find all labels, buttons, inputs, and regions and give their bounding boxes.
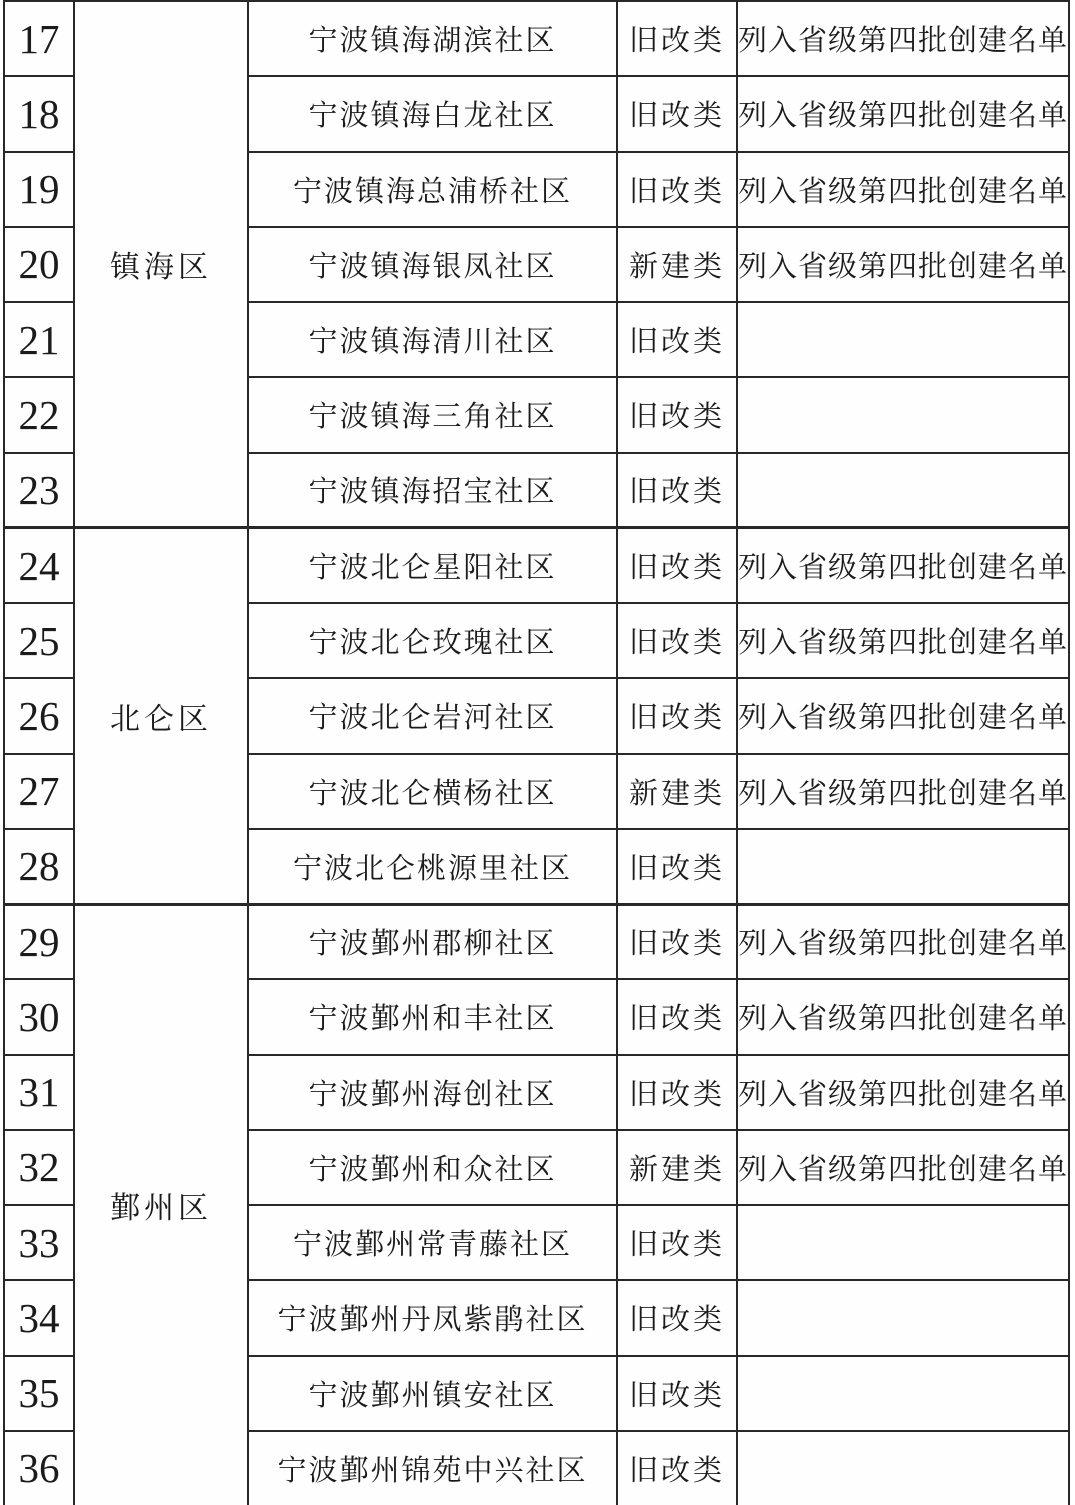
community-name: 宁波镇海湖滨社区 (248, 1, 617, 76)
remark-text: 列入省级第四批创建名单 (737, 1055, 1069, 1130)
community-name: 宁波北仑桃源里社区 (248, 829, 617, 904)
row-number: 28 (4, 829, 74, 904)
row-number: 23 (4, 453, 74, 528)
remark-text (737, 377, 1069, 452)
category-label: 旧改类 (617, 1, 737, 76)
category-label: 旧改类 (617, 603, 737, 678)
row-number: 34 (4, 1280, 74, 1355)
row-number: 20 (4, 227, 74, 302)
row-number: 22 (4, 377, 74, 452)
community-name: 宁波北仑横杨社区 (248, 754, 617, 829)
category-label: 旧改类 (617, 1055, 737, 1130)
row-number: 32 (4, 1130, 74, 1205)
remark-text (737, 453, 1069, 528)
table-row: 29 鄞州区 宁波鄞州郡柳社区 旧改类 列入省级第四批创建名单 (4, 904, 1069, 979)
row-number: 31 (4, 1055, 74, 1130)
community-name: 宁波镇海三角社区 (248, 377, 617, 452)
table-row: 24 北仑区 宁波北仑星阳社区 旧改类 列入省级第四批创建名单 (4, 528, 1069, 603)
row-number: 35 (4, 1356, 74, 1431)
community-name: 宁波北仑星阳社区 (248, 528, 617, 603)
category-label: 旧改类 (617, 76, 737, 151)
community-name: 宁波鄞州锦苑中兴社区 (248, 1431, 617, 1505)
table-row: 17 镇海区 宁波镇海湖滨社区 旧改类 列入省级第四批创建名单 (4, 1, 1069, 76)
row-number: 36 (4, 1431, 74, 1505)
category-label: 旧改类 (617, 1356, 737, 1431)
category-label: 旧改类 (617, 678, 737, 753)
communities-table: 17 镇海区 宁波镇海湖滨社区 旧改类 列入省级第四批创建名单 18 宁波镇海白… (3, 0, 1070, 1505)
district-cell-zhenhai: 镇海区 (74, 1, 248, 528)
remark-text: 列入省级第四批创建名单 (737, 528, 1069, 603)
community-name: 宁波鄞州海创社区 (248, 1055, 617, 1130)
community-name: 宁波镇海白龙社区 (248, 76, 617, 151)
community-name: 宁波镇海招宝社区 (248, 453, 617, 528)
category-label: 旧改类 (617, 1205, 737, 1280)
remark-text: 列入省级第四批创建名单 (737, 754, 1069, 829)
remark-text (737, 1280, 1069, 1355)
district-cell-yinzhou: 鄞州区 (74, 904, 248, 1505)
remark-text: 列入省级第四批创建名单 (737, 904, 1069, 979)
community-name: 宁波镇海总浦桥社区 (248, 152, 617, 227)
category-label: 旧改类 (617, 528, 737, 603)
remark-text (737, 1356, 1069, 1431)
category-label: 新建类 (617, 227, 737, 302)
remark-text: 列入省级第四批创建名单 (737, 678, 1069, 753)
category-label: 旧改类 (617, 152, 737, 227)
remark-text: 列入省级第四批创建名单 (737, 1130, 1069, 1205)
row-number: 26 (4, 678, 74, 753)
community-name: 宁波鄞州丹凤紫鹃社区 (248, 1280, 617, 1355)
category-label: 旧改类 (617, 1431, 737, 1505)
community-name: 宁波鄞州和丰社区 (248, 979, 617, 1054)
community-name: 宁波鄞州镇安社区 (248, 1356, 617, 1431)
row-number: 27 (4, 754, 74, 829)
district-cell-beilun: 北仑区 (74, 528, 248, 904)
category-label: 旧改类 (617, 377, 737, 452)
remark-text (737, 829, 1069, 904)
remark-text (737, 302, 1069, 377)
row-number: 25 (4, 603, 74, 678)
row-number: 21 (4, 302, 74, 377)
category-label: 旧改类 (617, 1280, 737, 1355)
community-name: 宁波镇海银凤社区 (248, 227, 617, 302)
row-number: 19 (4, 152, 74, 227)
category-label: 旧改类 (617, 979, 737, 1054)
community-name: 宁波北仑玫瑰社区 (248, 603, 617, 678)
remark-text: 列入省级第四批创建名单 (737, 227, 1069, 302)
remark-text: 列入省级第四批创建名单 (737, 152, 1069, 227)
remark-text (737, 1431, 1069, 1505)
remark-text: 列入省级第四批创建名单 (737, 603, 1069, 678)
community-name: 宁波鄞州和众社区 (248, 1130, 617, 1205)
community-name: 宁波镇海清川社区 (248, 302, 617, 377)
row-number: 33 (4, 1205, 74, 1280)
category-label: 旧改类 (617, 453, 737, 528)
row-number: 18 (4, 76, 74, 151)
row-number: 24 (4, 528, 74, 603)
community-name: 宁波鄞州郡柳社区 (248, 904, 617, 979)
remark-text (737, 1205, 1069, 1280)
row-number: 30 (4, 979, 74, 1054)
category-label: 新建类 (617, 754, 737, 829)
remark-text: 列入省级第四批创建名单 (737, 76, 1069, 151)
remark-text: 列入省级第四批创建名单 (737, 1, 1069, 76)
community-name: 宁波北仑岩河社区 (248, 678, 617, 753)
row-number: 29 (4, 904, 74, 979)
category-label: 新建类 (617, 1130, 737, 1205)
category-label: 旧改类 (617, 904, 737, 979)
row-number: 17 (4, 1, 74, 76)
community-name: 宁波鄞州常青藤社区 (248, 1205, 617, 1280)
category-label: 旧改类 (617, 302, 737, 377)
remark-text: 列入省级第四批创建名单 (737, 979, 1069, 1054)
category-label: 旧改类 (617, 829, 737, 904)
